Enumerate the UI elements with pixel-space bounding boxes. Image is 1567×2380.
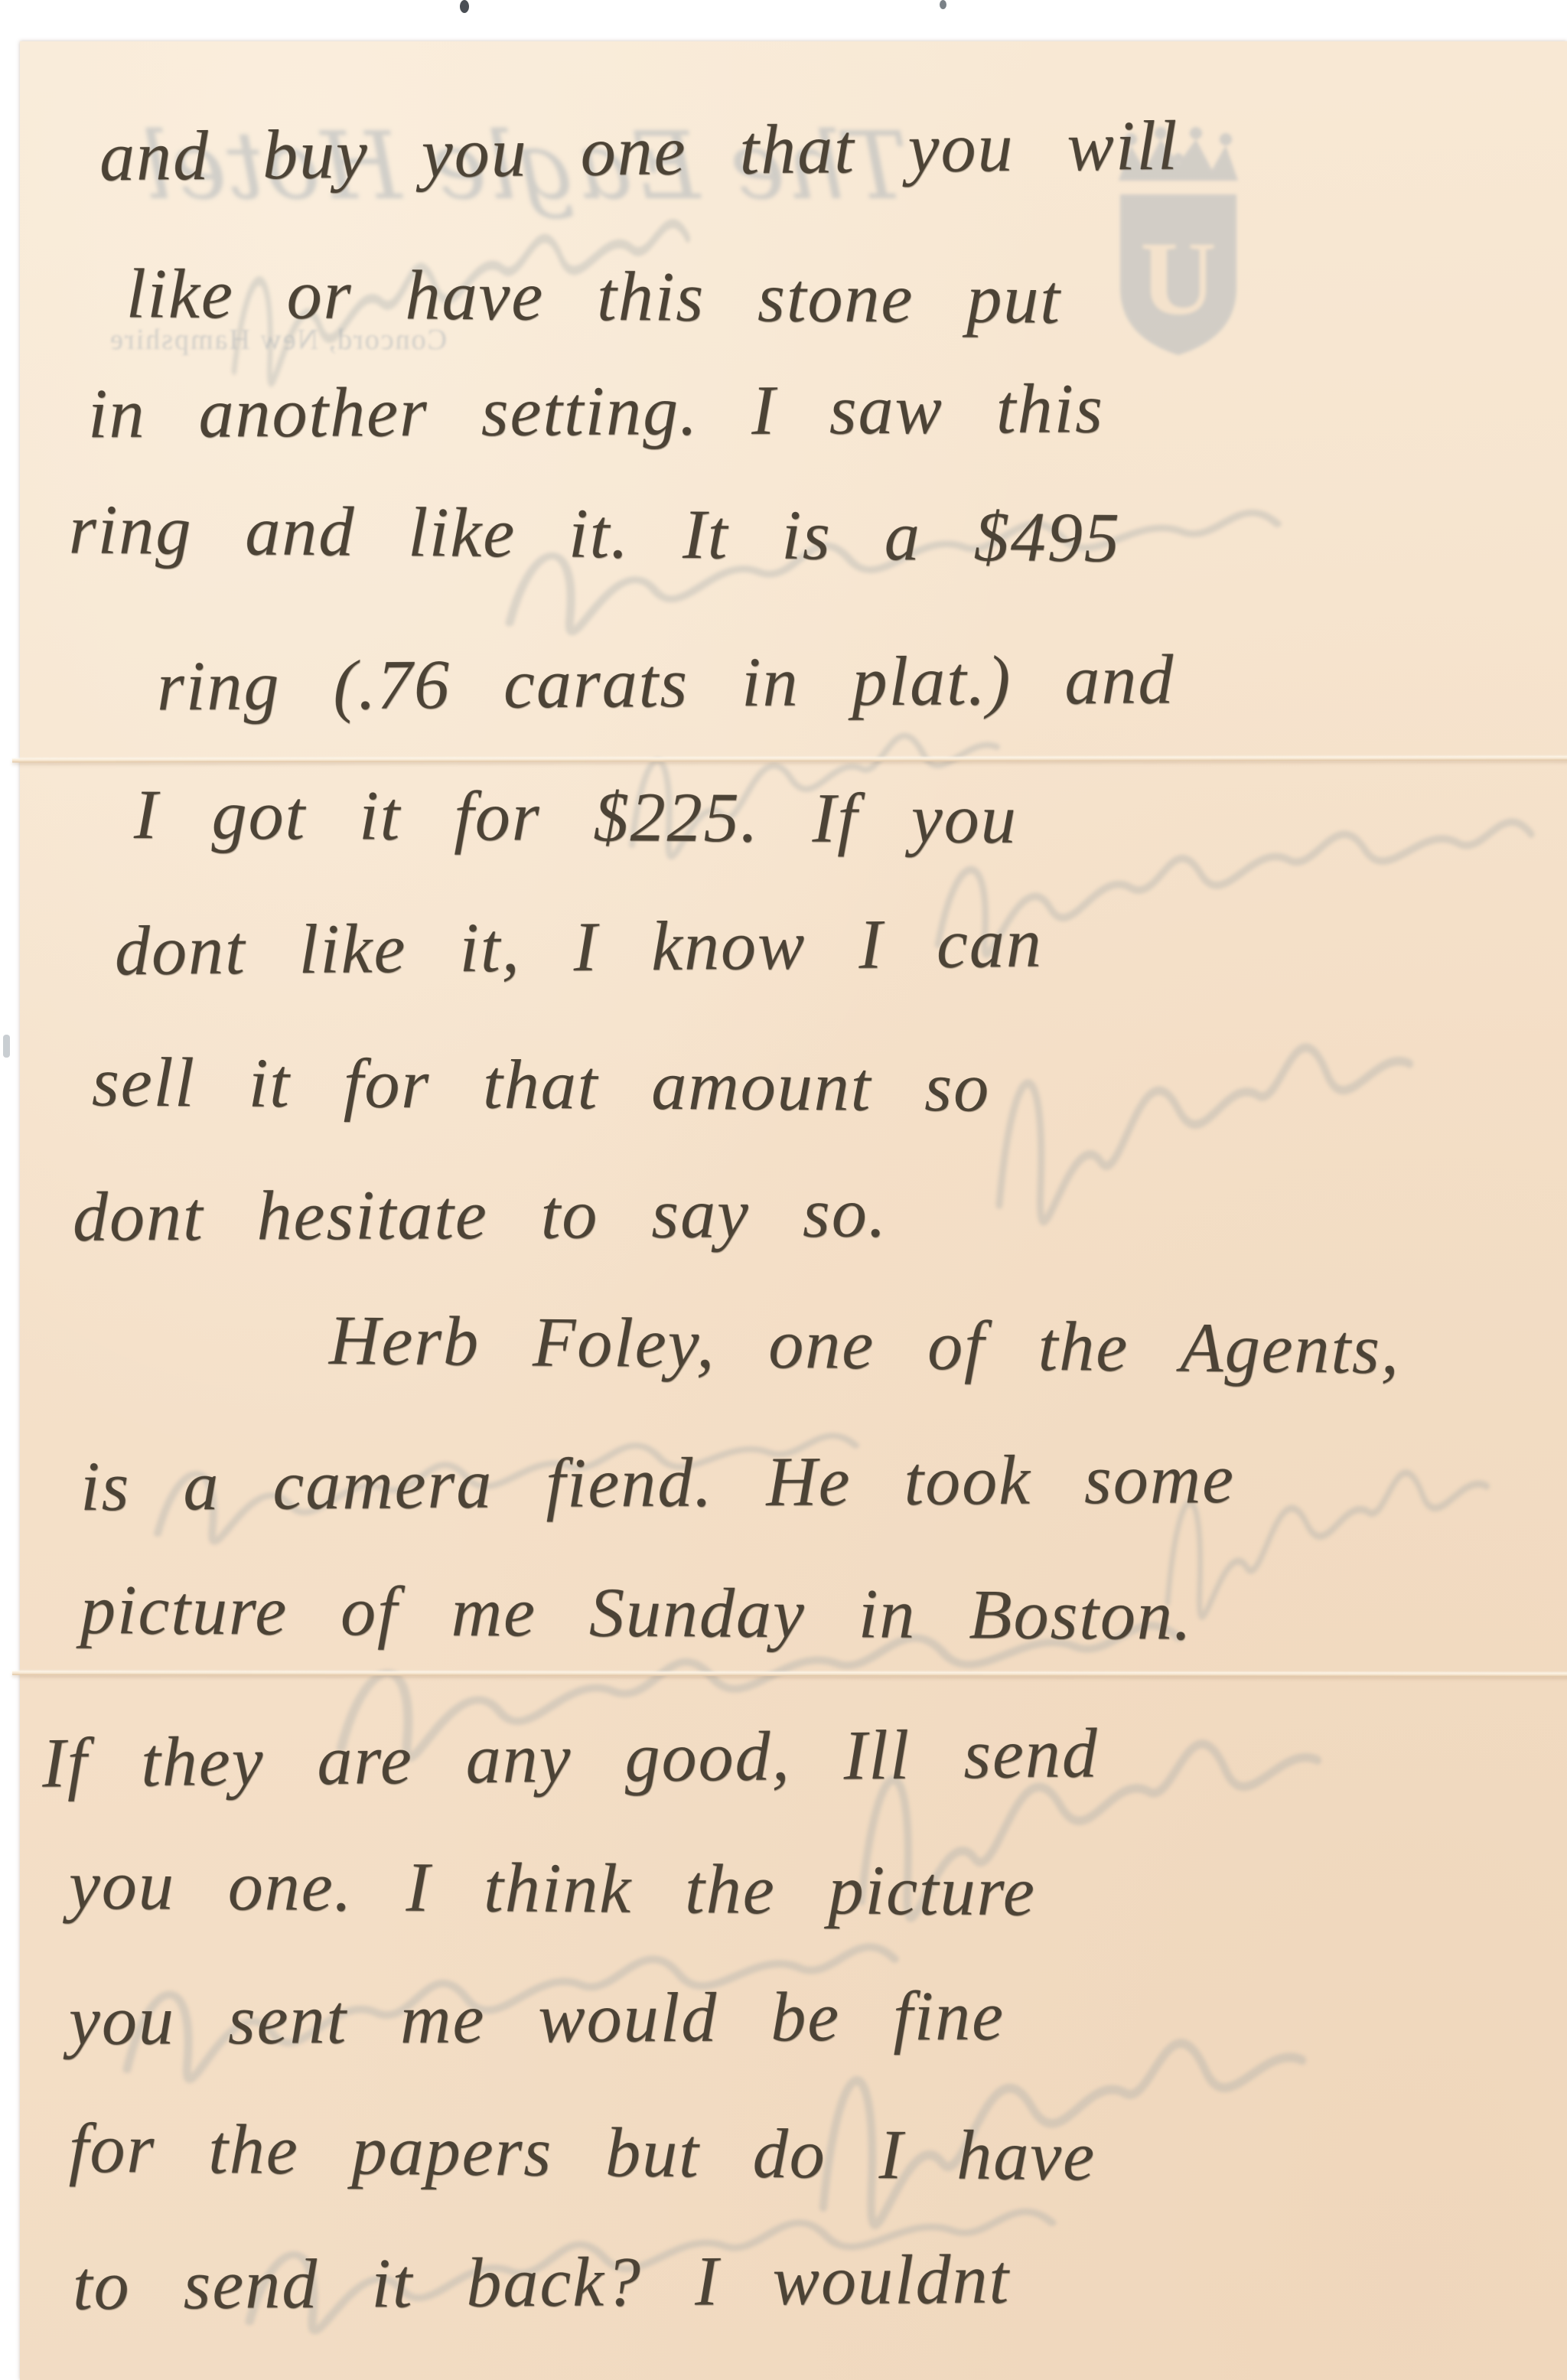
handwriting-line: you one. I think the picture: [69, 1841, 1037, 1936]
handwriting-line: ring and like it. It is a $495: [69, 486, 1122, 582]
scanned-letter-page: { "document": { "kind": "handwritten let…: [0, 0, 1567, 2380]
handwriting-line: for the papers but do I have: [69, 2105, 1096, 2201]
handwriting-line: dont like it, I know I can: [115, 899, 1044, 996]
handwriting-line: to send it back? I wouldnt: [73, 2235, 1011, 2330]
scan-artifact: [3, 1035, 10, 1058]
handwriting-line: like or have this stone put: [126, 249, 1062, 343]
fold-crease-upper: [12, 757, 1567, 763]
handwriting-line: dont hesitate to say so.: [73, 1169, 888, 1261]
shield-icon: [1120, 194, 1236, 355]
handwriting-line: sell it for that amount so: [92, 1038, 991, 1131]
scan-artifact: [940, 0, 946, 9]
handwriting-line: ring (.76 carats in plat.) and: [157, 635, 1175, 730]
handwriting-line: I got it for $225. If you: [134, 771, 1018, 863]
handwriting-line: Herb Foley, one of the Agents,: [329, 1296, 1401, 1394]
handwriting-line: is a camera fiend. He took some: [80, 1435, 1236, 1531]
handwriting-line: and buy you one that you will: [99, 102, 1179, 201]
handwriting-line: you sent me would be fine: [69, 1972, 1005, 2065]
fold-crease-lower: [12, 1671, 1567, 1677]
scan-artifact: [460, 0, 469, 13]
letter-paper: The Eagle Hotel Concord, New Hampshire U: [20, 41, 1567, 2380]
handwriting-line: in another setting. I saw this: [88, 365, 1104, 458]
handwriting-line: If they are any good, Ill send: [41, 1709, 1099, 1807]
handwriting-line: picture of me Sunday in Boston.: [80, 1566, 1194, 1660]
crest-monogram: U: [1140, 220, 1217, 337]
